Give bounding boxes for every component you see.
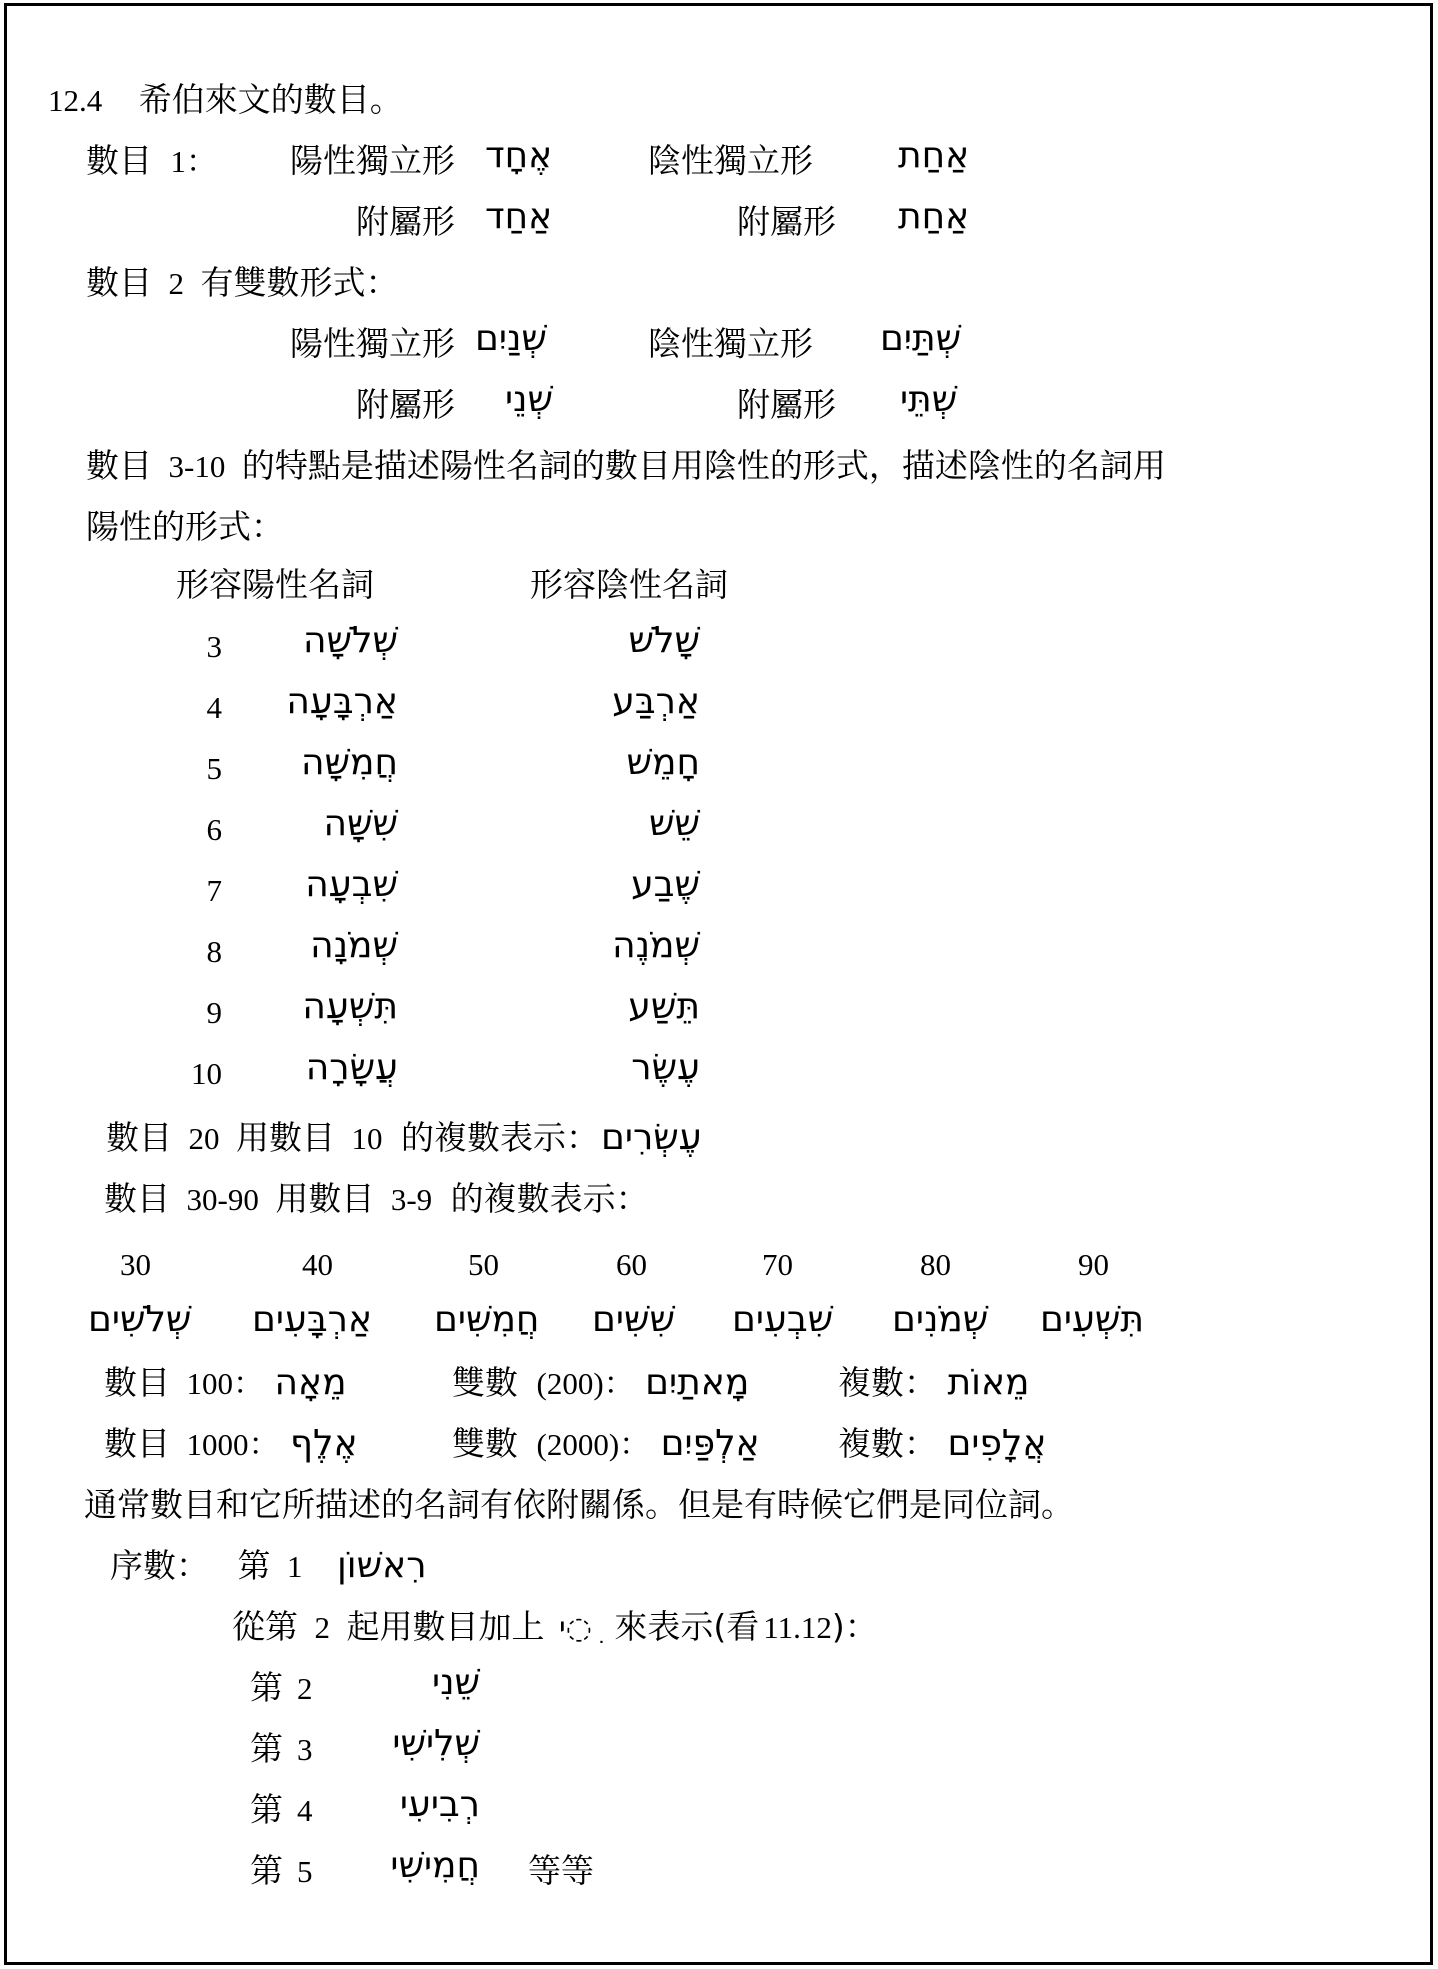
one-masc-abs-hebrew: אֶחָד <box>485 136 552 176</box>
two-masc-const-label: 附屬形 <box>240 385 455 425</box>
three-ten-paragraph-2: 陽性的形式： <box>86 507 284 547</box>
table-row-masc-hebrew: שְׁמֹנָה <box>250 926 398 966</box>
two-fem-const-label: 附屬形 <box>640 385 836 425</box>
three-ten-paragraph-1: 數目 3-10 的特點是描述陽性名詞的數目用陰性的形式，描述陰性的名詞用 <box>86 446 1166 487</box>
tens-hebrew: שִׁבְעִים <box>732 1300 833 1340</box>
tens-intro: 數目 30-90 用數目 3-9 的複數表示： <box>104 1179 649 1220</box>
table-row-masc-hebrew: אַרְבָּעָה <box>250 682 398 722</box>
table-row-fem-hebrew: שֶׁבַע <box>560 865 700 905</box>
tens-hebrew: תִּשְׁעִים <box>1040 1300 1144 1340</box>
hundred-line: 數目 100： מֵאָה <box>104 1363 347 1404</box>
table-row-fem-hebrew: תֵּשַׁע <box>560 987 700 1027</box>
header-masculine: 形容陽性名詞 <box>176 565 374 605</box>
two-masc-abs-hebrew: שְׁנַיִם <box>475 319 547 359</box>
ordinal-hebrew: חֲמִישִׁי <box>350 1846 480 1886</box>
ordinal-row: 第2 <box>250 1668 313 1709</box>
one-fem-abs-hebrew: אַחַת <box>898 136 969 176</box>
two-fem-abs-hebrew: שְׁתַּיִם <box>880 319 961 359</box>
one-masc-abs-label: 陽性獨立形 <box>240 141 455 181</box>
tens-number: 50 <box>468 1244 499 1285</box>
table-row-masc-hebrew: שִׁבְעָה <box>250 865 398 905</box>
ordinal-row: 第5 <box>250 1851 313 1892</box>
tens-number: 90 <box>1078 1244 1109 1285</box>
two-intro: 數目 2 有雙數形式： <box>86 263 399 304</box>
tens-number: 70 <box>762 1244 793 1285</box>
table-row-number: 5 <box>190 748 222 789</box>
apposition-note: 通常數目和它所描述的名詞有依附關係。但是有時候它們是同位詞。 <box>84 1485 1074 1525</box>
tens-hebrew: חֲמִשִּׁים <box>434 1300 539 1340</box>
ordinal-row: 第3 <box>250 1729 313 1770</box>
section-title: 希伯來文的數目。 <box>139 80 403 119</box>
two-masc-abs-label: 陽性獨立形 <box>240 324 455 364</box>
thousand-line: 數目 1000： אֶלֶף <box>104 1424 358 1465</box>
table-row-number: 8 <box>190 931 222 972</box>
table-row-number: 4 <box>190 687 222 728</box>
section-heading: 12.4 希伯來文的數目。 <box>48 80 403 121</box>
section-number: 12.4 <box>48 83 102 118</box>
one-fem-const-label: 附屬形 <box>640 202 836 242</box>
tens-hebrew: אַרְבָּעִים <box>252 1300 372 1340</box>
ordinal-first: 序數： 第 1 רִאשׁוֹן <box>110 1546 427 1587</box>
thousand-dual: 雙數 (2000)： אַלְפַּיִם <box>452 1424 760 1465</box>
table-row-number: 10 <box>190 1053 222 1094</box>
table-row-fem-hebrew: עֶשֶׂר <box>560 1048 700 1088</box>
two-fem-abs-label: 陰性獨立形 <box>648 324 813 364</box>
table-row-fem-hebrew: חָמֵשׁ <box>560 743 700 783</box>
table-row-fem-hebrew: שְׁמֹנֶה <box>560 926 700 966</box>
tens-number: 40 <box>302 1244 333 1285</box>
ordinal-etc: 等等 <box>528 1851 594 1891</box>
two-masc-const-hebrew: שְׁנֵי <box>505 380 553 420</box>
tens-number: 60 <box>616 1244 647 1285</box>
tens-hebrew: שְׁלֹשִׁים <box>88 1300 191 1340</box>
table-row-fem-hebrew: שֵׁשׁ <box>560 804 700 844</box>
one-masc-const-label: 附屬形 <box>240 202 455 242</box>
table-row-number: 9 <box>190 992 222 1033</box>
one-fem-const-hebrew: אַחַת <box>898 197 969 237</box>
ordinal-row: 第4 <box>250 1790 313 1831</box>
tens-hebrew: שְׁמֹנִים <box>892 1300 988 1340</box>
table-row-masc-hebrew: שְׁלֹשָׁה <box>250 621 398 661</box>
table-row-masc-hebrew: תִּשְׁעָה <box>250 987 398 1027</box>
table-row-masc-hebrew: שִׁשָּׁה <box>250 804 398 844</box>
tens-number: 30 <box>120 1244 151 1285</box>
twenty-line: 數目 20 用數目 10 的複數表示：עֶשְׂרִים <box>106 1118 702 1159</box>
one-label: 數目 1： <box>86 141 217 182</box>
thousand-plural: 複數： אֲלָפִים <box>838 1424 1046 1464</box>
hundred-dual: 雙數 (200)： מָאתַיִם <box>452 1363 749 1404</box>
ordinal-hebrew: רְבִיעִי <box>350 1785 480 1825</box>
one-masc-const-hebrew: אַחַד <box>485 197 552 237</box>
one-fem-abs-label: 陰性獨立形 <box>648 141 813 181</box>
hundred-plural: 複數： מֵאוֹת <box>838 1363 1029 1403</box>
tens-hebrew: שִׁשִּׁים <box>592 1300 675 1340</box>
table-row-number: 7 <box>190 870 222 911</box>
ordinal-hebrew: שֵׁנִי <box>350 1663 480 1703</box>
two-fem-const-hebrew: שְׁתֵּי <box>900 380 957 420</box>
table-row-fem-hebrew: אַרְבַּע <box>560 682 700 722</box>
tens-number: 80 <box>920 1244 951 1285</box>
header-feminine: 形容陰性名詞 <box>530 565 728 605</box>
table-row-fem-hebrew: שָׁלֹשׁ <box>560 621 700 661</box>
table-row-number: 6 <box>190 809 222 850</box>
table-row-number: 3 <box>190 626 222 667</box>
ordinal-hebrew: שְׁלִישִׁי <box>350 1724 480 1764</box>
table-row-masc-hebrew: חֲמִשָּׁה <box>250 743 398 783</box>
ordinal-rule: 從第 2 起用數目加上 ִ◌י 來表示(看11.12)： <box>232 1607 878 1649</box>
table-row-masc-hebrew: עֲשָׂרָה <box>250 1048 398 1088</box>
